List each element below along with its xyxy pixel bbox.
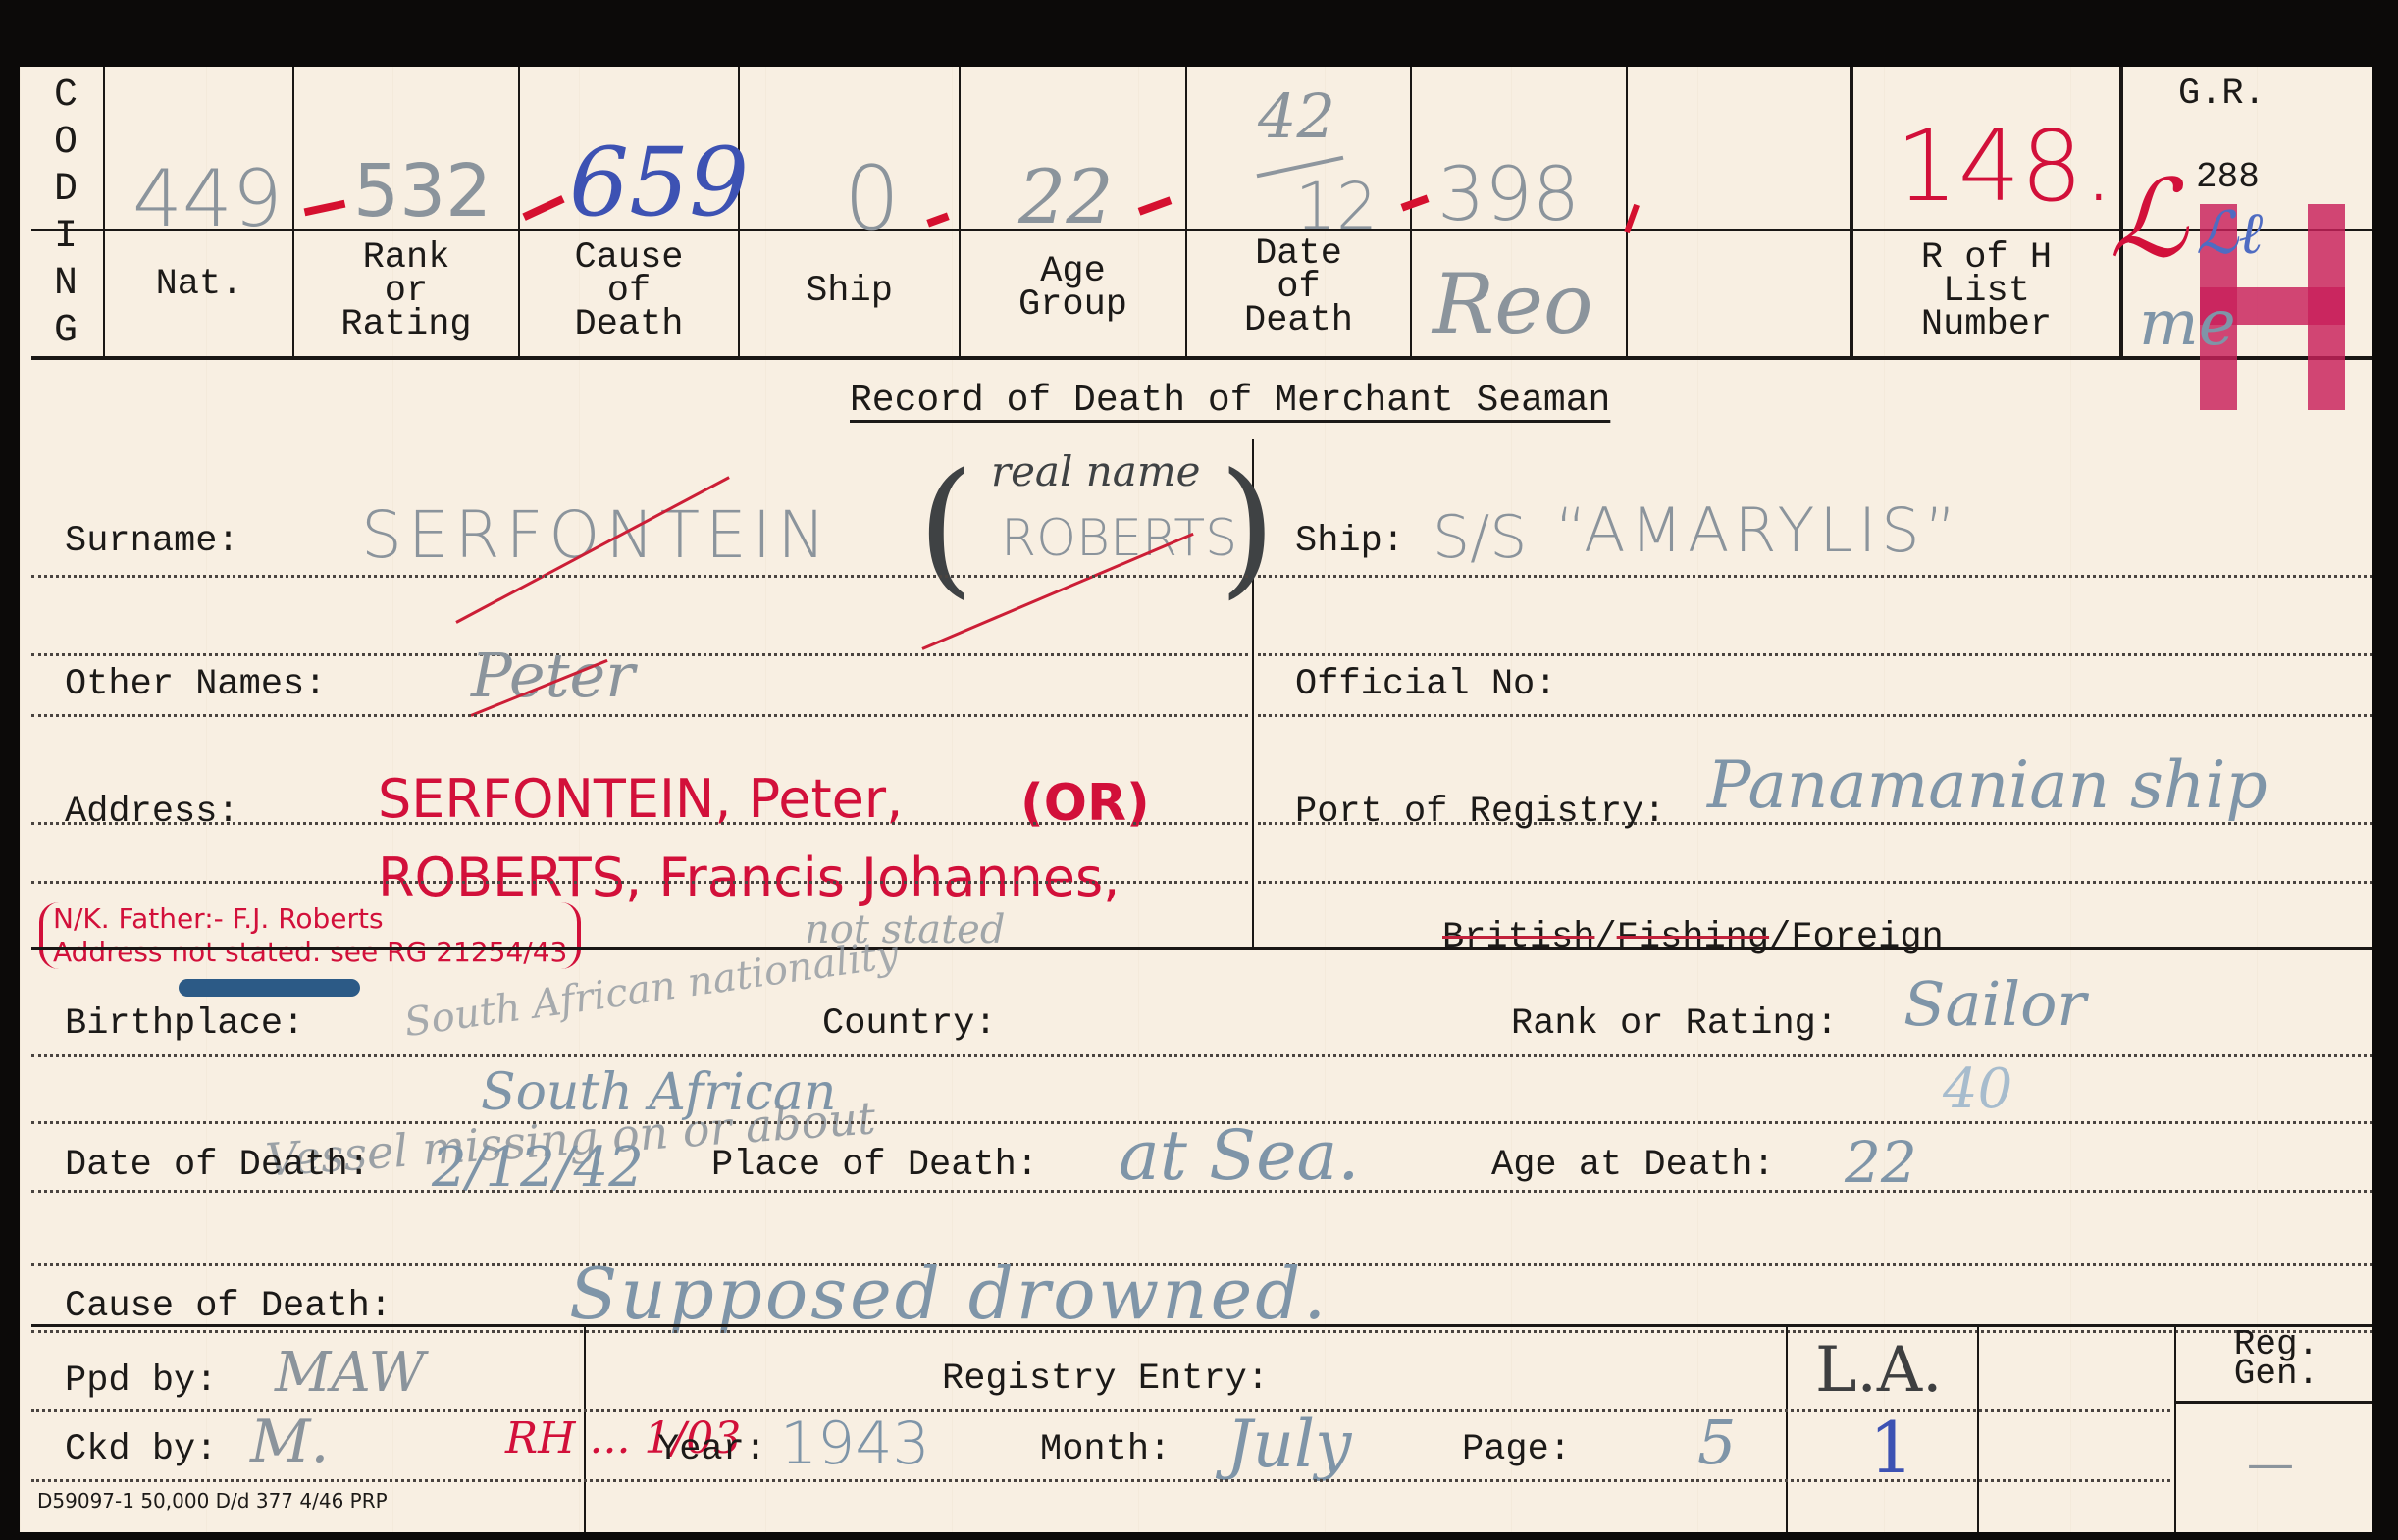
dotted-rule — [31, 714, 1248, 717]
print-code: D59097-1 50,000 D/d 377 4/46 PRP — [37, 1489, 388, 1513]
reg-gen-rule — [2176, 1401, 2372, 1404]
roh-list-number: 148. — [1896, 118, 2114, 216]
code-rank: 532 — [353, 155, 492, 228]
correction-line1: SERFONTEIN, Peter, — [378, 773, 903, 826]
annotation-me: me — [2139, 292, 2236, 355]
rank-note: 40 — [1943, 1062, 2012, 1117]
footer-divider — [1786, 1326, 1788, 1532]
annotation-reo: Reo — [1433, 263, 1593, 345]
dotted-rule — [1258, 881, 2372, 884]
label-ckd-by: Ckd by: — [65, 1432, 217, 1468]
label-rank: RankorRating — [294, 241, 518, 341]
label-date-of-death: Date of Death: — [65, 1148, 370, 1184]
port-of-registry-options: British/Fishing/Foreign — [1442, 920, 1944, 956]
coding-bottom-rule — [31, 356, 2372, 360]
label-date-of-death: DateofDeath — [1187, 237, 1410, 337]
gr-number: 288 — [2196, 160, 2260, 195]
ppd-by-value: MAW — [275, 1346, 425, 1401]
label-registry-entry: Registry Entry: — [942, 1361, 1269, 1398]
dotted-rule — [1258, 653, 2372, 656]
place-of-death-value: at Sea. — [1119, 1121, 1359, 1190]
dotted-rule — [31, 1190, 2372, 1193]
dotted-rule — [31, 1054, 2372, 1057]
code-cause: 659 — [569, 135, 749, 230]
paren-close: ) — [1219, 454, 1277, 601]
surname-value: SERFONTEIN — [361, 503, 832, 568]
page-title: Record of Death of Merchant Seaman — [850, 383, 1610, 420]
code-nat: 449 — [132, 160, 283, 238]
real-surname: ROBERTS — [1001, 513, 1237, 564]
dotted-rule — [31, 653, 1248, 656]
label-birthplace: Birthplace: — [65, 1006, 304, 1043]
ship-name: “AMARYLIS” — [1555, 500, 1961, 561]
label-other-names: Other Names: — [65, 667, 326, 703]
label-age-at-death: Age at Death: — [1491, 1148, 1775, 1184]
label-cause: CauseofDeath — [520, 241, 738, 341]
footer-section: Ppd by: MAW Registry Entry: L.A. Reg.Gen… — [20, 1256, 2372, 1532]
label-age-group: AgeGroup — [961, 255, 1185, 322]
label-gr: G.R. — [2178, 77, 2266, 113]
ckd-by-value: M. — [250, 1412, 330, 1471]
label-rank-or-rating: Rank or Rating: — [1511, 1006, 1838, 1043]
la-entry: 1 — [1869, 1412, 1914, 1483]
col-divider — [1626, 67, 1628, 358]
official-no-value: Panamanian ship — [1707, 753, 2268, 818]
blue-scribble: ℒℓ — [2196, 204, 2263, 263]
label-address: Address: — [65, 795, 239, 831]
label-page: Page: — [1462, 1432, 1571, 1468]
code-extra: 398 — [1437, 157, 1580, 231]
col-divider — [103, 67, 105, 358]
label-place-of-death: Place of Death: — [711, 1148, 1038, 1184]
footer-divider — [2174, 1326, 2176, 1532]
dotted-rule — [1258, 714, 2372, 717]
footer-divider — [1977, 1326, 1979, 1532]
code-ship: 0 — [844, 155, 900, 243]
red-dash — [926, 212, 949, 227]
age-at-death-value: 22 — [1845, 1134, 1917, 1191]
real-name-note: real name — [991, 451, 1201, 492]
dotted-rule — [31, 575, 1248, 578]
red-dash — [1400, 194, 1429, 211]
year-value: 1943 — [780, 1414, 930, 1473]
red-signature: ℒ — [2110, 165, 2187, 273]
month-value: July — [1226, 1412, 1351, 1477]
page-value: 5 — [1697, 1412, 1736, 1473]
dotted-rule — [31, 1409, 2170, 1412]
footer-top-rule — [31, 1324, 2372, 1327]
label-reg-gen: Reg.Gen. — [2178, 1330, 2374, 1389]
dotted-rule — [31, 1479, 2170, 1482]
label-ship: Ship — [740, 275, 959, 308]
la-value: L.A. — [1815, 1339, 1942, 1402]
blue-smudge — [179, 979, 360, 997]
code-age: 22 — [1018, 160, 1114, 234]
other-names-value: Peter — [471, 645, 635, 706]
paren-open: ( — [917, 454, 975, 601]
label-ship-field: Ship: — [1295, 524, 1404, 560]
dotted-rule — [31, 881, 1248, 884]
coding-label: C O D I N G — [41, 73, 90, 355]
label-surname: Surname: — [65, 524, 239, 560]
dotted-rule — [1258, 575, 2372, 578]
label-month: Month: — [1040, 1432, 1171, 1468]
ship-prefix: S/S — [1433, 508, 1527, 567]
label-year: Year: — [657, 1432, 766, 1468]
section-rule — [31, 947, 2372, 950]
address-red-note: N/K. Father:- F.J. Roberts Address not s… — [39, 902, 581, 969]
code-date-month: 12 — [1295, 175, 1378, 239]
red-dash — [304, 200, 346, 217]
label-official-no: Official No: — [1295, 667, 1556, 703]
date-of-death-value: 2/12/42 — [432, 1141, 644, 1196]
label-ppd-by: Ppd by: — [65, 1363, 217, 1400]
correction-line2: ROBERTS, Francis Johannes, — [378, 851, 1120, 904]
code-date-year: 42 — [1258, 86, 1335, 147]
label-nat: Nat. — [106, 268, 292, 301]
col-divider — [1410, 67, 1412, 358]
label-country: Country: — [822, 1006, 997, 1043]
label-port-of-registry: Port of Registry: — [1295, 795, 1665, 831]
red-dash — [522, 195, 564, 221]
label-roh-list: R of HListNumber — [1853, 241, 2119, 341]
reg-gen-value: — — [2247, 1440, 2294, 1487]
red-dash — [1138, 196, 1173, 215]
rank-or-rating-value: Sailor — [1903, 974, 2086, 1035]
